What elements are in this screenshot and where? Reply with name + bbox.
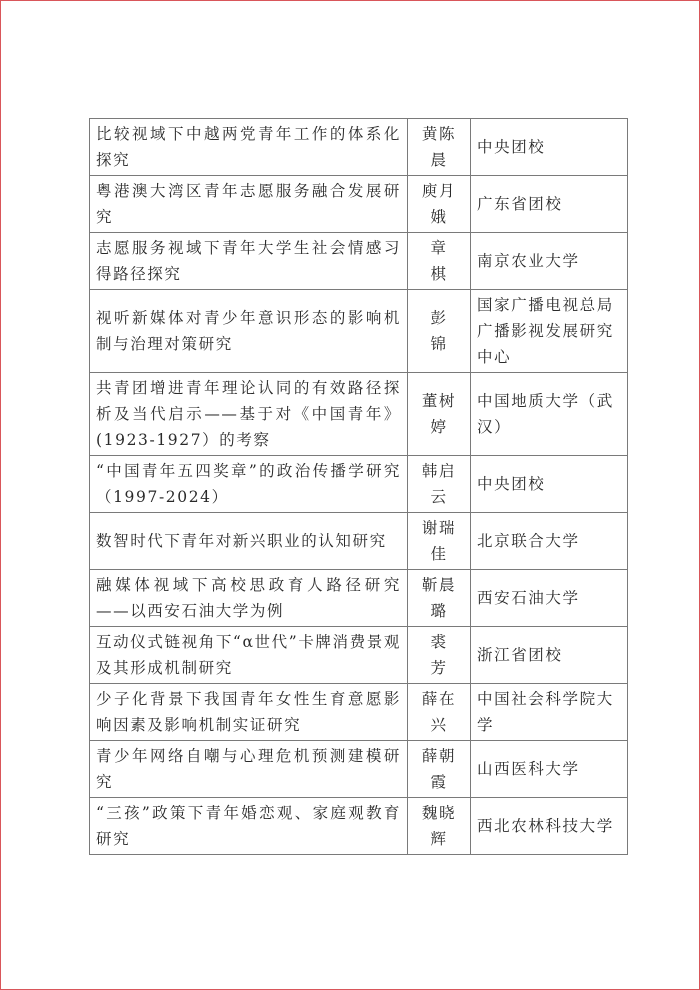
researcher-name-cell: 庾月娥 <box>408 176 471 233</box>
project-roster-table: 比较视域下中越两党青年工作的体系化探究 黄陈晨 中央团校 粤港澳大湾区青年志愿服… <box>89 118 628 855</box>
researcher-name-cell: 薛在兴 <box>408 684 471 741</box>
project-title-cell: 少子化背景下我国青年女性生育意愿影响因素及影响机制实证研究 <box>90 684 408 741</box>
table-row: 数智时代下青年对新兴职业的认知研究 谢瑞佳 北京联合大学 <box>90 513 628 570</box>
institution-cell: 国家广播电视总局广播影视发展研究中心 <box>471 290 628 373</box>
institution-cell: 中国地质大学（武汉） <box>471 373 628 456</box>
project-title-cell: 青少年网络自嘲与心理危机预测建模研究 <box>90 741 408 798</box>
researcher-name-cell: 韩启云 <box>408 456 471 513</box>
table-row: 视听新媒体对青少年意识形态的影响机制与治理对策研究 彭 锦 国家广播电视总局广播… <box>90 290 628 373</box>
project-title-cell: 视听新媒体对青少年意识形态的影响机制与治理对策研究 <box>90 290 408 373</box>
table-row: 少子化背景下我国青年女性生育意愿影响因素及影响机制实证研究 薛在兴 中国社会科学… <box>90 684 628 741</box>
researcher-name-cell: 魏晓辉 <box>408 798 471 855</box>
table-row: 青少年网络自嘲与心理危机预测建模研究 薛朝霞 山西医科大学 <box>90 741 628 798</box>
institution-cell: 中国社会科学院大学 <box>471 684 628 741</box>
table-row: 粤港澳大湾区青年志愿服务融合发展研究 庾月娥 广东省团校 <box>90 176 628 233</box>
table-row: 融媒体视域下高校思政育人路径研究——以西安石油大学为例 靳晨璐 西安石油大学 <box>90 570 628 627</box>
table-row: “中国青年五四奖章”的政治传播学研究（1997-2024） 韩启云 中央团校 <box>90 456 628 513</box>
institution-cell: 北京联合大学 <box>471 513 628 570</box>
project-title-cell: 志愿服务视域下青年大学生社会情感习得路径探究 <box>90 233 408 290</box>
table-row: 比较视域下中越两党青年工作的体系化探究 黄陈晨 中央团校 <box>90 119 628 176</box>
researcher-name-cell: 章 棋 <box>408 233 471 290</box>
researcher-name-cell: 谢瑞佳 <box>408 513 471 570</box>
project-title-cell: 融媒体视域下高校思政育人路径研究——以西安石油大学为例 <box>90 570 408 627</box>
project-title-cell: 比较视域下中越两党青年工作的体系化探究 <box>90 119 408 176</box>
researcher-name-cell: 裘 芳 <box>408 627 471 684</box>
document-page: 比较视域下中越两党青年工作的体系化探究 黄陈晨 中央团校 粤港澳大湾区青年志愿服… <box>0 0 700 990</box>
institution-cell: 广东省团校 <box>471 176 628 233</box>
table-row: 互动仪式链视角下“α世代”卡牌消费景观及其形成机制研究 裘 芳 浙江省团校 <box>90 627 628 684</box>
institution-cell: 中央团校 <box>471 456 628 513</box>
researcher-name-cell: 董树婷 <box>408 373 471 456</box>
project-title-cell: “中国青年五四奖章”的政治传播学研究（1997-2024） <box>90 456 408 513</box>
researcher-name-cell: 薛朝霞 <box>408 741 471 798</box>
researcher-name-cell: 靳晨璐 <box>408 570 471 627</box>
institution-cell: 南京农业大学 <box>471 233 628 290</box>
table-row: 共青团增进青年理论认同的有效路径探析及当代启示——基于对《中国青年》(1923-… <box>90 373 628 456</box>
project-title-cell: “三孩”政策下青年婚恋观、家庭观教育研究 <box>90 798 408 855</box>
project-title-cell: 数智时代下青年对新兴职业的认知研究 <box>90 513 408 570</box>
project-title-cell: 粤港澳大湾区青年志愿服务融合发展研究 <box>90 176 408 233</box>
institution-cell: 中央团校 <box>471 119 628 176</box>
researcher-name-cell: 彭 锦 <box>408 290 471 373</box>
institution-cell: 浙江省团校 <box>471 627 628 684</box>
project-title-cell: 互动仪式链视角下“α世代”卡牌消费景观及其形成机制研究 <box>90 627 408 684</box>
institution-cell: 西安石油大学 <box>471 570 628 627</box>
table-row: 志愿服务视域下青年大学生社会情感习得路径探究 章 棋 南京农业大学 <box>90 233 628 290</box>
institution-cell: 西北农林科技大学 <box>471 798 628 855</box>
project-title-cell: 共青团增进青年理论认同的有效路径探析及当代启示——基于对《中国青年》(1923-… <box>90 373 408 456</box>
table-row: “三孩”政策下青年婚恋观、家庭观教育研究 魏晓辉 西北农林科技大学 <box>90 798 628 855</box>
researcher-name-cell: 黄陈晨 <box>408 119 471 176</box>
institution-cell: 山西医科大学 <box>471 741 628 798</box>
